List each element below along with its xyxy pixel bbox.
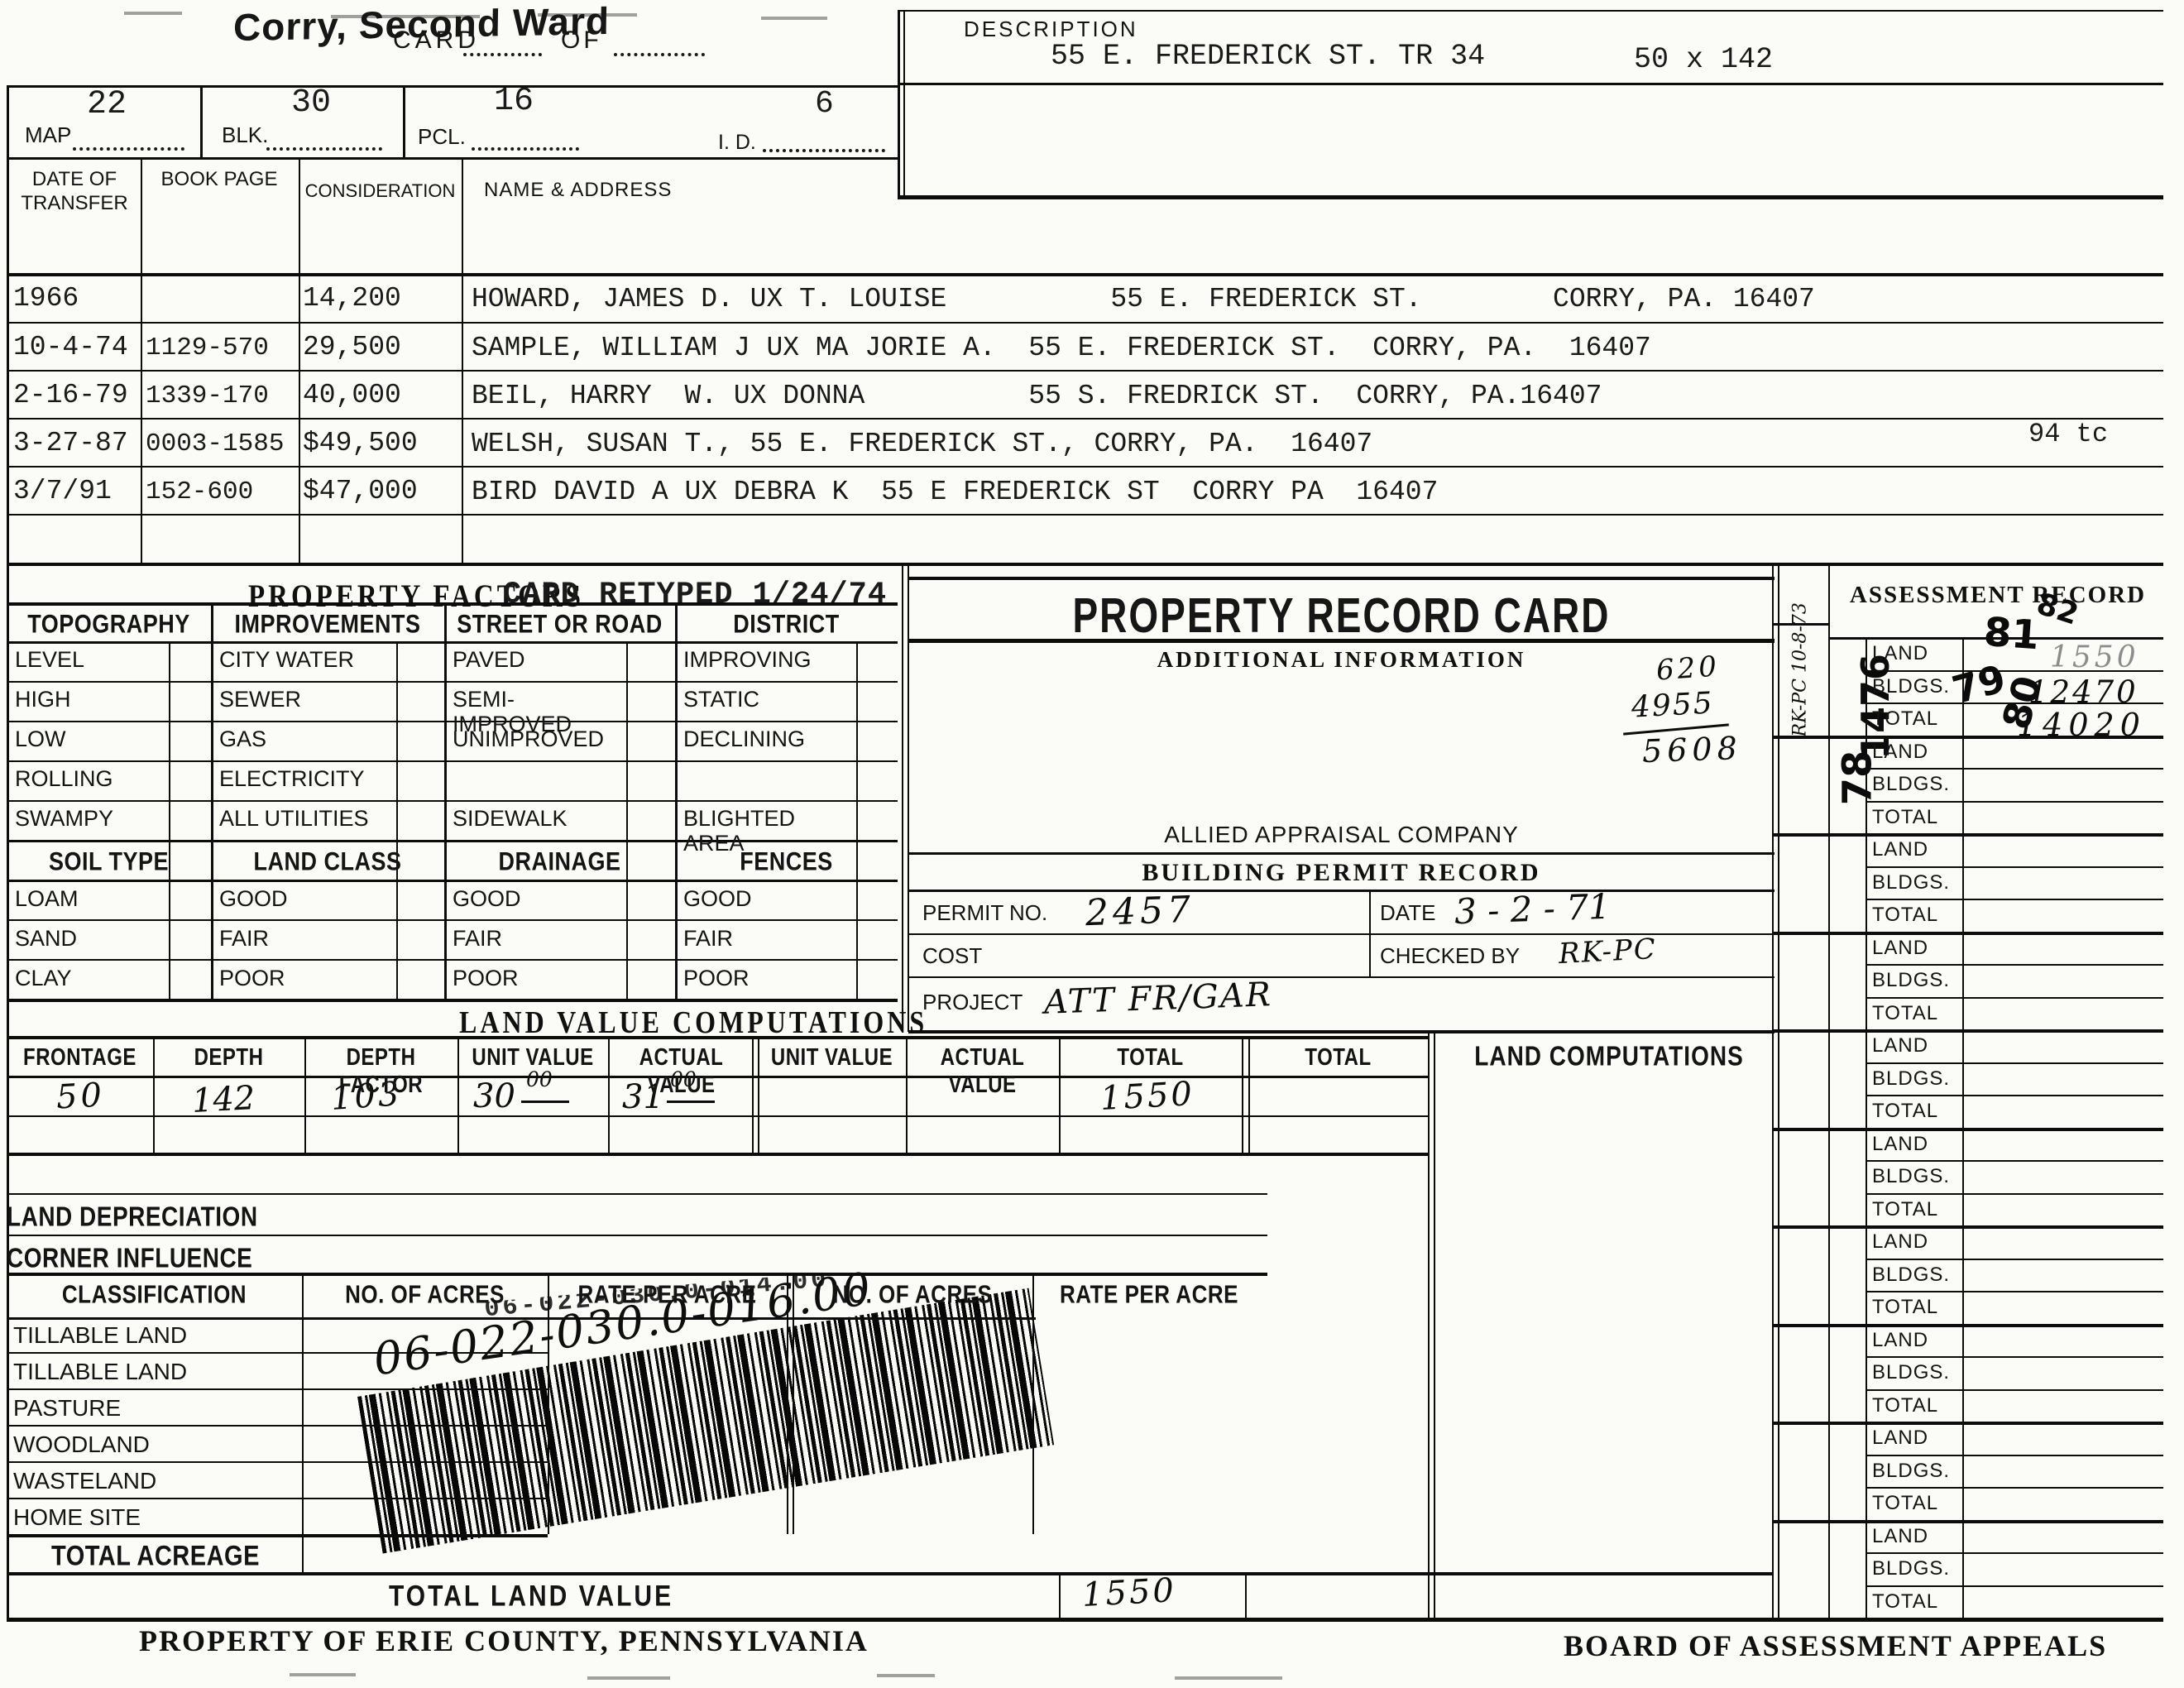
classification-column-header: RATE PER ACRE bbox=[1032, 1279, 1266, 1310]
factor-column-header: DISTRICT bbox=[675, 609, 898, 640]
grid-line bbox=[908, 976, 1774, 978]
grid-line bbox=[908, 563, 909, 1032]
factor-option: GAS bbox=[219, 727, 431, 752]
grid-line bbox=[7, 1534, 548, 1537]
corner-influence-label: CORNER INFLUENCE bbox=[7, 1243, 252, 1274]
classification-column-header: RATE PER ACRE bbox=[548, 1279, 787, 1310]
column-book-page: BOOK PAGE bbox=[157, 168, 281, 192]
description-label: DESCRIPTION bbox=[964, 17, 1138, 42]
soil-column-header: FENCES bbox=[675, 846, 898, 877]
pcl-blank bbox=[472, 147, 579, 151]
grid-line bbox=[7, 602, 898, 606]
assessment-block-divider bbox=[1772, 1520, 2163, 1523]
soil-column-header: SOIL TYPE bbox=[7, 846, 211, 877]
factor-option: ELECTRICITY bbox=[219, 767, 431, 792]
transfer-date: 2-16-79 bbox=[13, 380, 128, 410]
grid-line bbox=[903, 10, 905, 197]
assessment-row-label: BLDGS. bbox=[1872, 871, 1950, 894]
additional-note-1: 620 bbox=[1655, 650, 1722, 687]
assessment-side-note: RK-PC 10-8-73 bbox=[1790, 608, 1811, 737]
column-date-of-transfer: DATE OF TRANSFER bbox=[8, 168, 141, 216]
soil-option: GOOD bbox=[683, 886, 752, 912]
classification-row-label: PASTURE bbox=[13, 1395, 121, 1422]
grid-line bbox=[1032, 1273, 1034, 1534]
factor-option: SWAMPY bbox=[15, 807, 198, 832]
assessment-block-divider bbox=[1772, 1029, 2163, 1033]
grid-line bbox=[7, 919, 898, 921]
total-land-value-label: TOTAL LAND VALUE bbox=[389, 1580, 673, 1614]
assessment-row-label: LAND bbox=[1872, 937, 1928, 960]
blk-blank bbox=[266, 147, 382, 151]
assessment-record-title: ASSESSMENT RECORD bbox=[1832, 582, 2163, 609]
pcl-value: 16 bbox=[494, 83, 534, 120]
assessment-row-line bbox=[1865, 1487, 2163, 1489]
transfer-date: 3/7/91 bbox=[13, 476, 112, 506]
scan-artifact bbox=[587, 1676, 670, 1680]
transfer-consideration: 14,200 bbox=[303, 283, 401, 314]
blk-value: 30 bbox=[291, 84, 331, 122]
grid-line bbox=[675, 602, 678, 999]
scan-artifact bbox=[1175, 1676, 1282, 1680]
assessment-row-label: TOTAL bbox=[1872, 1296, 1938, 1319]
assessment-row-line bbox=[1865, 1095, 2163, 1096]
classification-row-label: TILLABLE LAND bbox=[13, 1359, 187, 1385]
grid-line bbox=[7, 466, 2163, 468]
grid-line bbox=[7, 760, 898, 762]
transfer-date: 1966 bbox=[13, 283, 79, 314]
assessment-row-label: TOTAL bbox=[1872, 1492, 1938, 1515]
scan-artifact bbox=[290, 1673, 356, 1676]
checked-by-value: RK-PC bbox=[1558, 933, 1658, 971]
assessment-row-line bbox=[1865, 1259, 2163, 1260]
assessment-row-line bbox=[1865, 1062, 2163, 1064]
transfer-book-page: 152-600 bbox=[146, 477, 253, 506]
card-total-blank bbox=[614, 53, 705, 56]
grid-line bbox=[7, 681, 898, 683]
assessment-row-label: TOTAL bbox=[1872, 707, 1938, 731]
assessment-row-label: BLDGS. bbox=[1872, 1460, 1950, 1483]
assessment-row-line bbox=[1865, 1585, 2163, 1587]
scan-artifact bbox=[124, 12, 182, 15]
grid-line bbox=[7, 1461, 548, 1463]
grid-line bbox=[898, 195, 2163, 199]
grid-line bbox=[7, 959, 898, 961]
permit-date-value: 3 - 2 - 71 bbox=[1454, 886, 1611, 933]
grid-line bbox=[1245, 1572, 1247, 1618]
map-blank bbox=[73, 147, 184, 151]
assessment-row-label: BLDGS. bbox=[1872, 969, 1950, 992]
lvc-column-header: ACTUAL VALUE bbox=[608, 1044, 754, 1099]
grid-line bbox=[793, 1273, 794, 1534]
assessment-block-divider bbox=[1772, 1422, 2163, 1425]
grid-line bbox=[7, 273, 2163, 276]
grid-line bbox=[898, 10, 2163, 12]
factor-option: HIGH bbox=[15, 688, 198, 712]
lvc-column-header: UNIT VALUE bbox=[457, 1044, 608, 1072]
grid-line bbox=[7, 85, 900, 88]
grid-line bbox=[200, 85, 203, 157]
description-lot-size: 50 x 142 bbox=[1634, 43, 1773, 76]
assessment-row-line bbox=[1865, 1356, 2163, 1358]
id-blank bbox=[763, 149, 885, 152]
classification-column-header: NO. OF ACRES bbox=[302, 1279, 548, 1310]
assessment-row-line bbox=[1865, 899, 2163, 900]
factor-column-header: STREET OR ROAD bbox=[444, 609, 675, 640]
card-retyped-stamp: CARD RETYPED 1/24/74 bbox=[503, 578, 887, 612]
assessment-row-label: BLDGS. bbox=[1872, 1361, 1950, 1384]
soil-option: CLAY bbox=[15, 966, 72, 991]
assessment-block-divider bbox=[1772, 833, 2163, 837]
grid-line bbox=[7, 1388, 548, 1390]
assessment-row-line bbox=[1865, 703, 2163, 704]
grid-line bbox=[7, 1036, 1428, 1039]
transfer-book-page: 1339-170 bbox=[146, 381, 269, 410]
assessment-row-line bbox=[1865, 997, 2163, 999]
assessment-block-divider bbox=[1772, 932, 2163, 935]
grid-line bbox=[898, 83, 2163, 85]
grid-line bbox=[7, 1153, 1428, 1156]
grid-line bbox=[1828, 637, 2163, 640]
assessment-row-label: BLDGS. bbox=[1872, 1557, 1950, 1580]
grid-line bbox=[908, 890, 1774, 892]
transfer-date: 10-4-74 bbox=[13, 332, 128, 362]
assessment-row-line bbox=[1865, 866, 2163, 868]
lvc-column-header: DEPTH bbox=[153, 1044, 304, 1072]
assessment-row-label: TOTAL bbox=[1872, 1198, 1938, 1221]
total-acreage-label: TOTAL ACREAGE bbox=[51, 1541, 260, 1573]
transfer-name-address: BIRD DAVID A UX DEBRA K 55 E FREDERICK S… bbox=[472, 477, 1438, 507]
grid-line bbox=[299, 159, 300, 563]
project-label: PROJECT bbox=[922, 990, 1023, 1015]
grid-line bbox=[7, 1317, 1036, 1320]
blk-label: BLK. bbox=[222, 122, 268, 148]
grid-line bbox=[1434, 1030, 1435, 1618]
assessment-row-label: BLDGS. bbox=[1872, 773, 1950, 796]
grid-line bbox=[7, 641, 898, 644]
grid-line bbox=[7, 880, 898, 882]
assessment-row-label: LAND bbox=[1872, 1329, 1928, 1352]
grid-line bbox=[7, 1273, 1267, 1276]
soil-column-header: DRAINAGE bbox=[444, 846, 675, 877]
grid-line bbox=[908, 933, 1774, 935]
assessment-row-label: TOTAL bbox=[1872, 806, 1938, 829]
classification-row-label: WASTELAND bbox=[13, 1468, 156, 1494]
soil-option: GOOD bbox=[453, 886, 521, 912]
factor-option: UNIMPROVED bbox=[453, 727, 662, 752]
unit-value-underline bbox=[521, 1101, 569, 1103]
ward-stamp: Corry, Second Ward bbox=[233, 0, 611, 50]
transfer-date: 3-27-87 bbox=[13, 428, 128, 458]
assessment-row-label: TOTAL bbox=[1872, 1100, 1938, 1123]
grid-line bbox=[7, 1235, 1267, 1236]
assessment-row-label: LAND bbox=[1872, 1427, 1928, 1450]
assessment-row-line bbox=[1865, 1160, 2163, 1162]
description-address: 55 E. FREDERICK ST. TR 34 bbox=[1051, 40, 1485, 73]
classification-row-label: HOME SITE bbox=[13, 1504, 141, 1531]
lvc-column-header: TOTAL bbox=[1059, 1044, 1242, 1072]
assessment-row-line bbox=[1865, 1389, 2163, 1391]
transfer-note: 94 tc bbox=[2028, 419, 2108, 449]
lvc-column-header: TOTAL bbox=[1248, 1044, 1428, 1072]
card-number-blank bbox=[463, 53, 542, 56]
grid-line bbox=[1059, 1572, 1061, 1618]
stamp-81: 81 bbox=[1982, 609, 2041, 659]
grid-line bbox=[548, 1273, 549, 1534]
grid-line bbox=[7, 1425, 548, 1427]
grid-line bbox=[141, 159, 142, 563]
assessment-row-label: LAND bbox=[1872, 1525, 1928, 1548]
lvc-column-header: ACTUAL VALUE bbox=[906, 1044, 1059, 1099]
assessment-row-line bbox=[1865, 1552, 2163, 1554]
factor-option: STATIC bbox=[683, 688, 884, 712]
assessment-row-label: BLDGS. bbox=[1872, 675, 1950, 698]
assessment-row-label: TOTAL bbox=[1872, 1002, 1938, 1025]
grid-line bbox=[7, 1618, 2163, 1622]
assessment-row-label: TOTAL bbox=[1872, 904, 1938, 927]
grid-line bbox=[1369, 890, 1371, 976]
grid-line bbox=[908, 1030, 1774, 1033]
grid-line bbox=[7, 1498, 548, 1499]
factor-option: LOW bbox=[15, 727, 198, 752]
grid-line bbox=[7, 1352, 548, 1354]
scan-artifact bbox=[877, 1674, 935, 1677]
transfer-name-address: HOWARD, JAMES D. UX T. LOUISE 55 E. FRED… bbox=[472, 284, 1815, 314]
property-record-card-scan: CARD OF Corry, Second Ward DESCRIPTION 5… bbox=[0, 0, 2184, 1688]
assessment-row-label: LAND bbox=[1872, 1133, 1928, 1156]
classification-row-label: TILLABLE LAND bbox=[13, 1322, 187, 1349]
soil-option: FAIR bbox=[683, 926, 733, 952]
additional-note-2: 4955 bbox=[1631, 686, 1715, 724]
footer-board: BOARD OF ASSESSMENT APPEALS bbox=[1564, 1628, 2107, 1663]
record-card-title: PROPERTY RECORD CARD bbox=[908, 586, 1774, 644]
additional-note-3: 5608 bbox=[1641, 730, 1742, 770]
transfer-book-page: 0003-1585 bbox=[146, 429, 284, 458]
transfer-name-address: SAMPLE, WILLIAM J UX MA JORIE A. 55 E. F… bbox=[472, 333, 1651, 363]
factor-option: SEWER bbox=[219, 688, 431, 712]
grid-line bbox=[787, 1273, 788, 1534]
grid-line bbox=[1242, 1036, 1243, 1153]
transfer-name-address: BEIL, HARRY W. UX DONNA 55 S. FREDRICK S… bbox=[472, 381, 1602, 411]
transfer-consideration: $47,000 bbox=[303, 476, 418, 506]
soil-option: FAIR bbox=[219, 926, 269, 952]
lvc-column-header: FRONTAGE bbox=[7, 1044, 153, 1072]
grid-line bbox=[908, 577, 1774, 580]
factor-option: IMPROVING bbox=[683, 648, 884, 673]
grid-line bbox=[7, 999, 898, 1002]
scan-artifact bbox=[761, 17, 827, 20]
permit-date-label: DATE bbox=[1380, 900, 1435, 926]
grid-line bbox=[444, 602, 447, 999]
assessment-row-line bbox=[1865, 1193, 2163, 1195]
classification-column-header: CLASSIFICATION bbox=[7, 1279, 302, 1310]
project-value: ATT FR/GAR bbox=[1043, 976, 1272, 1022]
grid-line bbox=[908, 639, 1774, 643]
grid-line bbox=[302, 1273, 304, 1534]
grid-line bbox=[403, 85, 405, 157]
assessment-row-label: BLDGS. bbox=[1872, 1264, 1950, 1287]
grid-line bbox=[1428, 1030, 1430, 1618]
factor-option: ALL UTILITIES bbox=[219, 807, 431, 832]
soil-option: GOOD bbox=[219, 886, 288, 912]
assessment-row-label: LAND bbox=[1872, 1230, 1928, 1254]
assessment-row-label: LAND bbox=[1872, 642, 1928, 665]
map-label: MAP bbox=[25, 122, 71, 148]
assessment-row-label: LAND bbox=[1872, 1034, 1928, 1057]
grid-line bbox=[7, 370, 2163, 372]
land-total-value: 1550 bbox=[1099, 1075, 1195, 1118]
footer-county: PROPERTY OF ERIE COUNTY, PENNSYLVANIA bbox=[139, 1623, 869, 1658]
total-land-value: 1550 bbox=[1081, 1571, 1177, 1614]
building-permit-title: BUILDING PERMIT RECORD bbox=[908, 859, 1774, 887]
permit-cost-label: COST bbox=[922, 943, 982, 969]
grid-line bbox=[211, 602, 213, 999]
grid-line bbox=[1778, 563, 1779, 1618]
assessment-row-label: BLDGS. bbox=[1872, 1067, 1950, 1091]
factor-option: SIDEWALK bbox=[453, 807, 662, 832]
soil-option: LOAM bbox=[15, 886, 79, 912]
grid-line bbox=[7, 418, 2163, 420]
id-label: I. D. bbox=[718, 131, 756, 155]
grid-line bbox=[1772, 563, 1774, 1618]
land-depreciation-label: LAND DEPRECIATION bbox=[7, 1201, 258, 1233]
lvc-column-header: UNIT VALUE bbox=[758, 1044, 906, 1072]
soil-option: POOR bbox=[683, 966, 750, 991]
assessment-row-label: TOTAL bbox=[1872, 1590, 1938, 1614]
classification-column-header: NO. OF ACRES bbox=[793, 1279, 1032, 1310]
assessment-row-line bbox=[1865, 801, 2163, 803]
assessment-row-label: BLDGS. bbox=[1872, 1165, 1950, 1188]
pcl-label: PCL. bbox=[418, 124, 466, 150]
assessment-block-divider bbox=[1772, 1324, 2163, 1327]
unit-value: 30 bbox=[473, 1077, 515, 1115]
soil-option: FAIR bbox=[453, 926, 502, 952]
factor-option: ROLLING bbox=[15, 767, 198, 792]
land-computations-title: LAND COMPUTATIONS bbox=[1456, 1041, 1762, 1072]
depth-value: 142 bbox=[191, 1079, 256, 1120]
grid-line bbox=[908, 852, 1774, 855]
assessment-block-divider bbox=[1772, 1225, 2163, 1229]
assessment-block-divider bbox=[1772, 1128, 2163, 1131]
soil-column-header: LAND CLASS bbox=[211, 846, 444, 877]
assessment-row-label: TOTAL bbox=[1872, 1394, 1938, 1417]
assessment-row-label: LAND bbox=[1872, 741, 1928, 764]
grid-line bbox=[7, 1115, 1428, 1117]
soil-option: POOR bbox=[219, 966, 285, 991]
assessment-row-line bbox=[1865, 1455, 2163, 1456]
factor-option: PAVED bbox=[453, 648, 662, 673]
factor-option: CITY WATER bbox=[219, 648, 431, 673]
lvc-column-header: DEPTH FACTOR bbox=[304, 1044, 457, 1099]
assessment-row-line bbox=[1865, 768, 2163, 770]
column-name-address: NAME & ADDRESS bbox=[484, 179, 672, 202]
grid-line bbox=[7, 1193, 1267, 1195]
permit-no-label: PERMIT NO. bbox=[922, 900, 1047, 926]
frontage-value: 50 bbox=[55, 1076, 106, 1116]
assessment-land-value: 1550 bbox=[2050, 640, 2139, 674]
grid-line bbox=[7, 800, 898, 802]
assessment-row-line bbox=[1865, 964, 2163, 966]
classification-row-label: WOODLAND bbox=[13, 1431, 150, 1458]
column-consideration: CONSIDERATION bbox=[300, 180, 460, 202]
grid-line bbox=[1772, 623, 1830, 626]
grid-line bbox=[462, 159, 463, 563]
grid-line bbox=[902, 563, 903, 1032]
id-value: 6 bbox=[815, 86, 834, 122]
grid-line bbox=[302, 1534, 304, 1572]
grid-line bbox=[898, 10, 900, 197]
grid-line bbox=[7, 563, 2163, 566]
assessment-row-line bbox=[1865, 1291, 2163, 1292]
appraisal-company: ALLIED APPRAISAL COMPANY bbox=[908, 822, 1774, 848]
transfer-book-page: 1129-570 bbox=[146, 333, 269, 362]
actual-value-underline bbox=[667, 1101, 715, 1103]
grid-line bbox=[7, 322, 2163, 324]
additional-information-label: ADDITIONAL INFORMATION bbox=[908, 647, 1774, 673]
soil-option: POOR bbox=[453, 966, 519, 991]
assessment-row-line bbox=[1865, 670, 2163, 672]
soil-option: SAND bbox=[15, 926, 77, 952]
transfer-consideration: $49,500 bbox=[303, 428, 418, 458]
transfer-name-address: WELSH, SUSAN T., 55 E. FREDERICK ST., CO… bbox=[472, 429, 1372, 459]
factor-option: DECLINING bbox=[683, 727, 884, 752]
permit-no-value: 2457 bbox=[1085, 889, 1195, 935]
factor-option: LEVEL bbox=[15, 648, 198, 673]
factor-column-header: TOPOGRAPHY bbox=[7, 609, 211, 640]
grid-line bbox=[7, 514, 2163, 516]
grid-line bbox=[1828, 563, 1830, 1618]
assessment-row-label: LAND bbox=[1872, 838, 1928, 861]
assessment-block-divider bbox=[1772, 736, 2163, 739]
factor-column-header: IMPROVEMENTS bbox=[211, 609, 444, 640]
checked-by-label: CHECKED BY bbox=[1380, 943, 1520, 969]
transfer-consideration: 40,000 bbox=[303, 380, 401, 410]
transfer-consideration: 29,500 bbox=[303, 332, 401, 362]
grid-line bbox=[7, 1572, 1772, 1575]
map-value: 22 bbox=[87, 86, 127, 123]
